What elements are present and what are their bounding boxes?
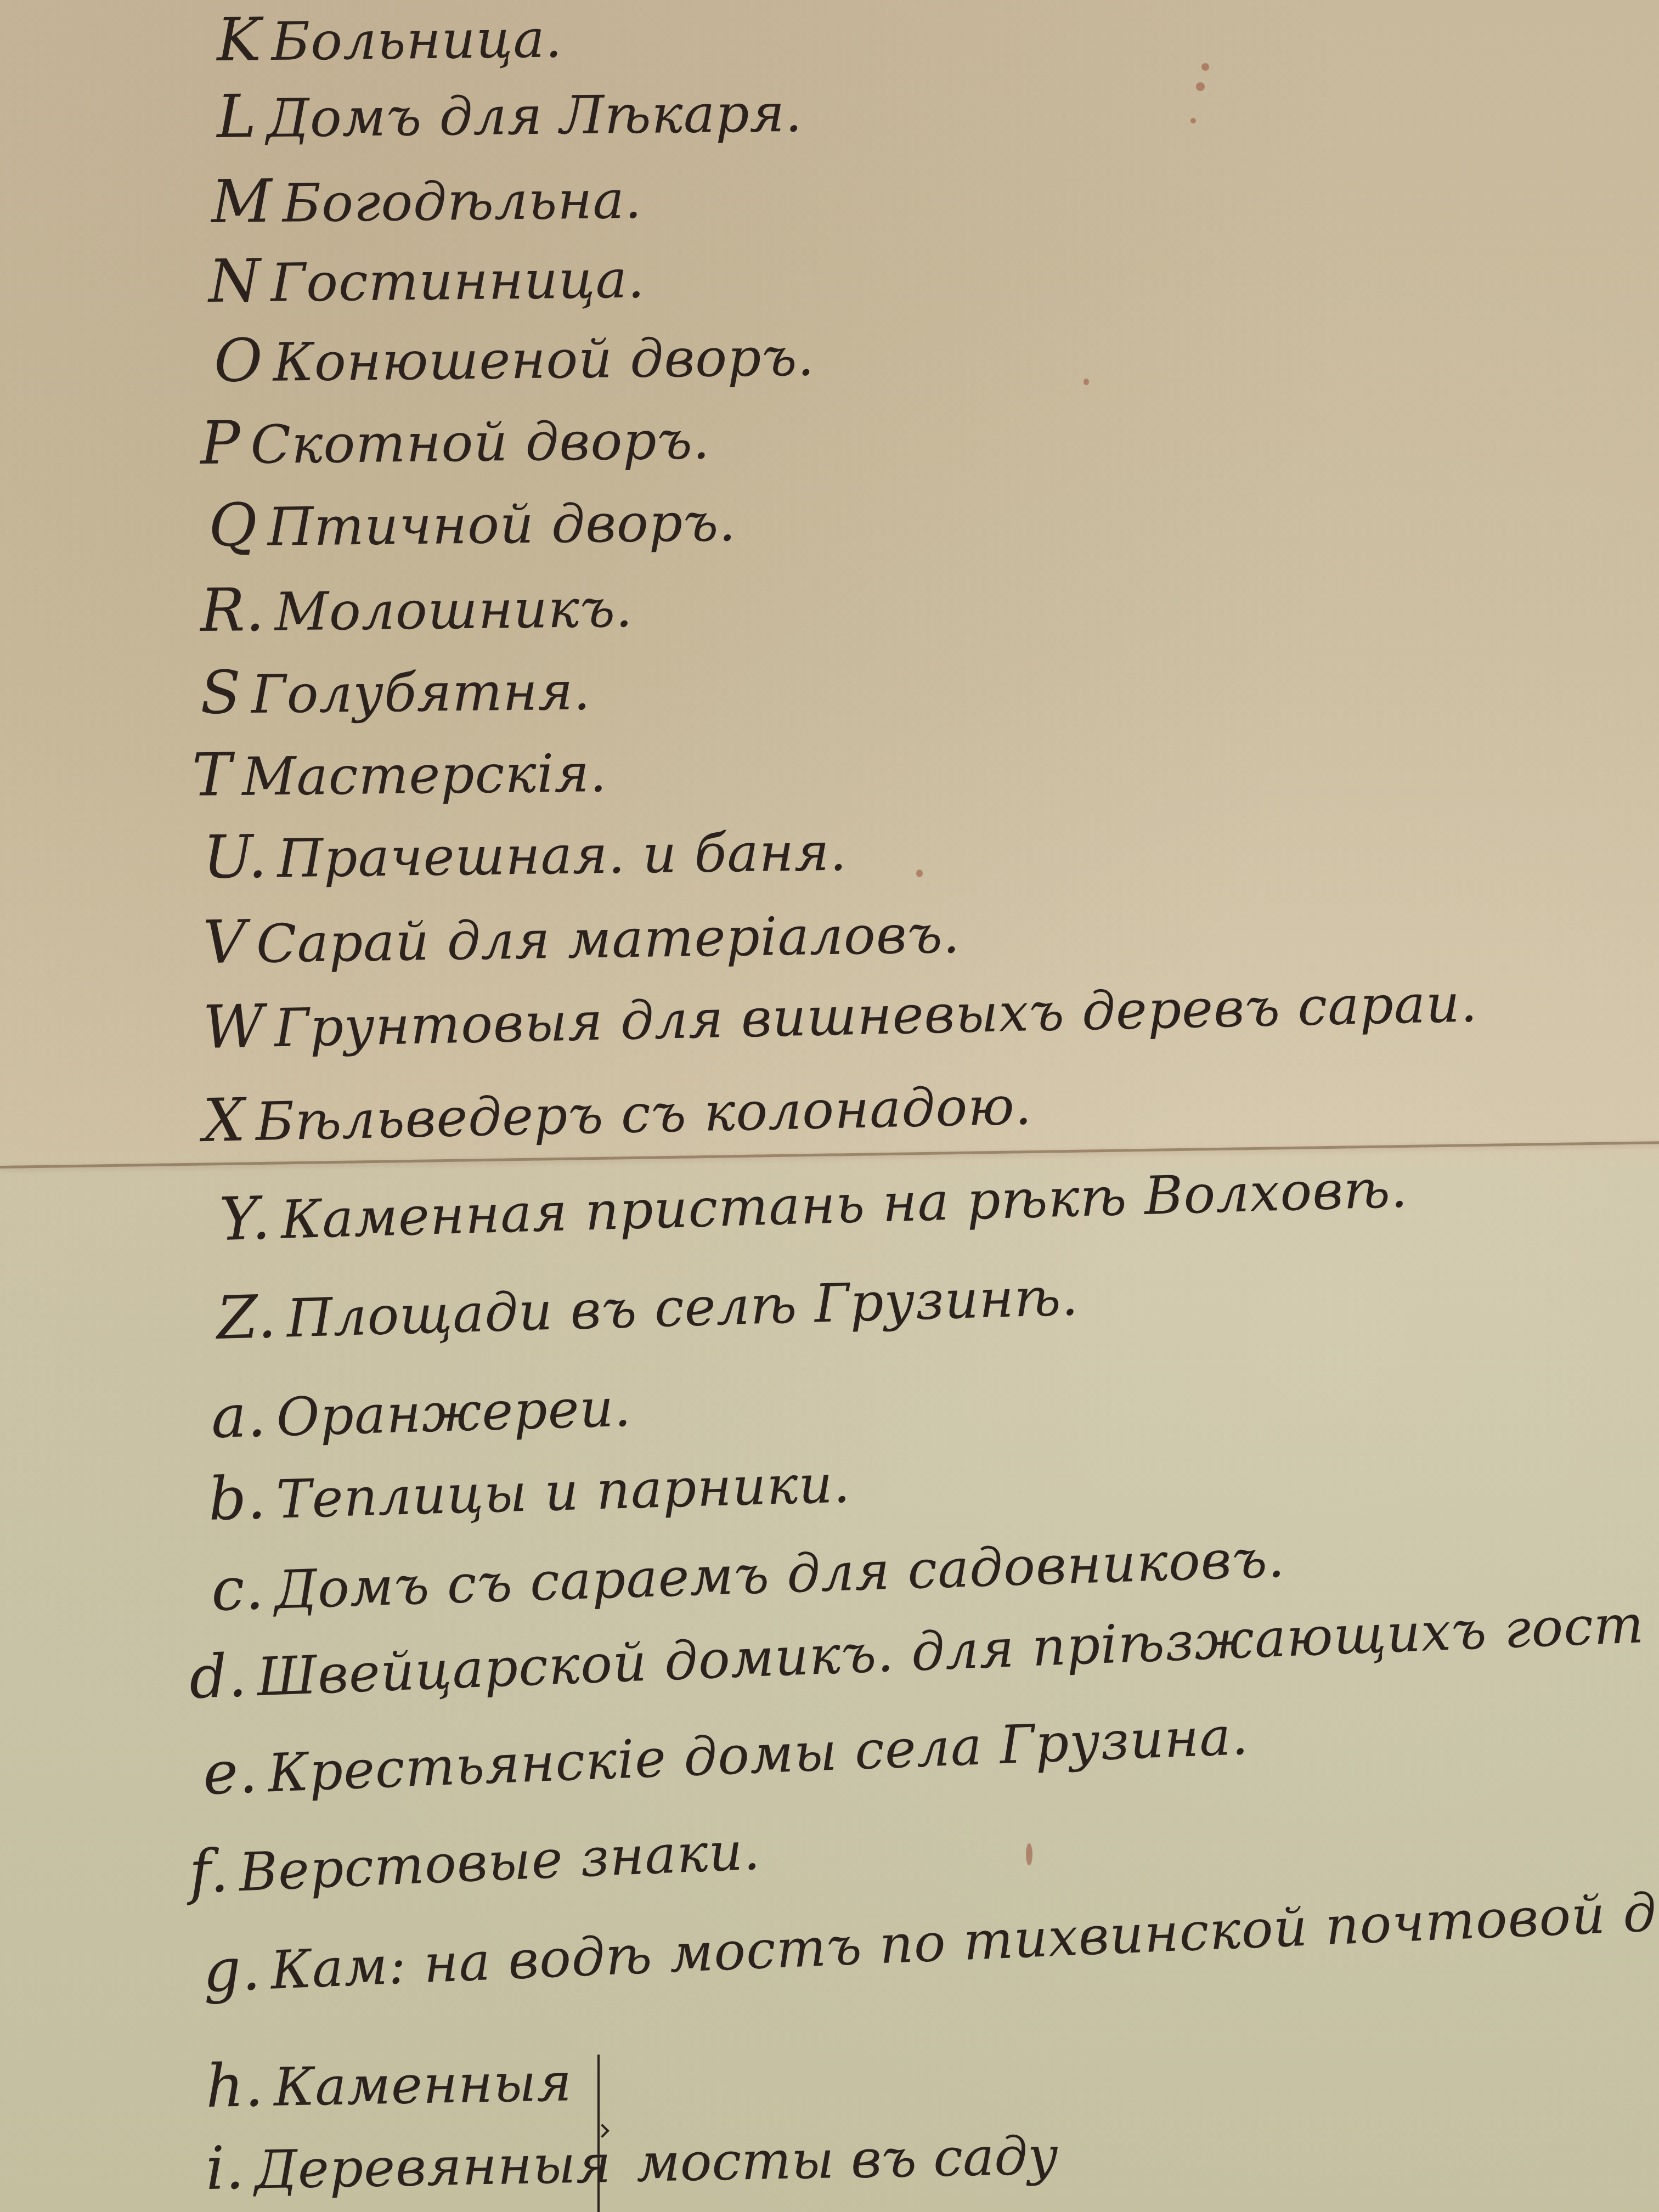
legend-entry-P: PСкотной дворъ. (200, 409, 710, 473)
legend-text: Сарай для матеріаловъ. (256, 908, 960, 970)
legend-entry-K: KБольница. (216, 7, 562, 70)
legend-key: Z. (216, 1288, 277, 1348)
legend-key: N (208, 252, 261, 312)
legend-entry-f: f.Верстовые знаки. (188, 1819, 761, 1903)
legend-text: Каменныя (273, 2056, 573, 2113)
legend-key: S (200, 663, 241, 723)
bridges-in-garden-label: мосты въ саду (636, 2125, 1059, 2193)
legend-entry-V: VСарай для матеріаловъ. (202, 903, 960, 973)
legend-entry-c: c.Домъ съ сараемъ для садовниковъ. (210, 1527, 1285, 1620)
legend-text: Скотной дворъ. (250, 414, 710, 471)
legend-entry-T: TМастерскія. (191, 742, 607, 805)
legend-key: i. (205, 2139, 245, 2199)
curly-brace-bracket (590, 2055, 600, 2212)
legend-entry-g: g.Кам: на водѣ мостъ по тихвинской почто… (202, 1880, 1659, 2001)
legend-key: d. (188, 1646, 249, 1708)
legend-entry-M: MБогодѣльна. (211, 168, 642, 232)
legend-text: Голубятня. (251, 665, 591, 721)
legend-text: Птичной дворъ. (267, 496, 736, 554)
legend-key: e. (202, 1742, 259, 1804)
legend-entry-h: h.Каменныя (205, 2051, 573, 2117)
legend-entry-e: e.Крестьянскіе домы села Грузина. (202, 1705, 1250, 1804)
legend-entry-R: R.Молошникъ. (200, 577, 633, 641)
legend-text: Прачешная. и баня. (277, 826, 848, 885)
legend-text: Бѣльведеръ съ колонадою. (255, 1079, 1032, 1148)
legend-text: Домъ для Лѣкаря. (266, 87, 803, 145)
legend-entry-X: XБѣльведеръ съ колонадою. (202, 1074, 1032, 1151)
legend-text: Крестьянскіе домы села Грузина. (267, 1709, 1249, 1800)
legend-text: Оранжереи. (275, 1381, 632, 1444)
legend-key: R. (200, 581, 265, 641)
document-page: KБольница. LДомъ для Лѣкаря. MБогодѣльна… (0, 0, 1659, 2212)
legend-text: Верстовые знаки. (238, 1824, 761, 1899)
legend-entry-Z: Z.Площади въ селѣ Грузинѣ. (216, 1265, 1079, 1348)
legend-key: W (202, 997, 265, 1058)
legend-text: Конюшеной дворъ. (273, 331, 815, 389)
legend-text: Больница. (271, 12, 563, 68)
legend-key: Q (208, 496, 258, 556)
legend-entry-N: NГостинница. (208, 248, 645, 312)
legend-text: Кам: на водѣ мостъ по тихвинской почтово… (269, 1885, 1659, 1997)
legend-text: Богодѣльна. (282, 173, 642, 230)
legend-key: a. (210, 1386, 267, 1447)
legend-entry-L: LДомъ для Лѣкаря. (216, 82, 803, 147)
legend-key: L (216, 87, 257, 147)
legend-entry-W: WГрунтовыя для вишневыхъ деревъ сараи. (202, 972, 1478, 1058)
legend-entry-S: SГолубятня. (200, 660, 591, 723)
legend-key: O (213, 331, 263, 391)
legend-entry-Y: Y.Каменная пристань на рѣкѣ Волховѣ. (218, 1158, 1408, 1250)
legend-text: Домъ съ сараемъ для садовниковъ. (273, 1532, 1285, 1617)
legend-text: Деревянныя (254, 2137, 612, 2196)
legend-key: b. (207, 1469, 267, 1530)
legend-text: Площади въ селѣ Грузинѣ. (286, 1270, 1079, 1345)
legend-entry-U: U.Прачешная. и баня. (202, 821, 847, 888)
legend-entry-Q: QПтичной дворъ. (208, 491, 736, 556)
legend-entry-b: b.Теплицы и парники. (207, 1452, 851, 1530)
legend-key: h. (205, 2056, 264, 2117)
legend-key: Y. (218, 1189, 272, 1250)
legend-key: U. (202, 828, 268, 888)
legend-key: K (216, 10, 262, 70)
legend-key: V (202, 913, 247, 973)
legend-entry-a: a.Оранжереи. (210, 1376, 632, 1447)
legend-text: Мастерскія. (242, 747, 607, 803)
legend-key: M (211, 172, 273, 232)
legend-entry-O: OКонюшеной дворъ. (213, 326, 815, 391)
legend-list: KБольница. LДомъ для Лѣкаря. MБогодѣльна… (0, 0, 1659, 2212)
legend-text: Каменная пристань на рѣкѣ Волховѣ. (280, 1163, 1408, 1246)
legend-key: c. (210, 1559, 265, 1620)
legend-text: Грунтовыя для вишневыхъ деревъ сараи. (274, 977, 1478, 1054)
legend-text: Молошникъ. (274, 582, 633, 639)
legend-text: Теплицы и парники. (275, 1457, 851, 1526)
legend-key: X (202, 1091, 246, 1151)
legend-entry-i: i.Деревянныя (205, 2132, 612, 2199)
legend-key: f. (188, 1842, 230, 1903)
legend-key: T (191, 746, 232, 805)
legend-text: Гостинница. (270, 253, 645, 309)
legend-key: P (200, 414, 241, 473)
legend-key: g. (202, 1940, 262, 2001)
